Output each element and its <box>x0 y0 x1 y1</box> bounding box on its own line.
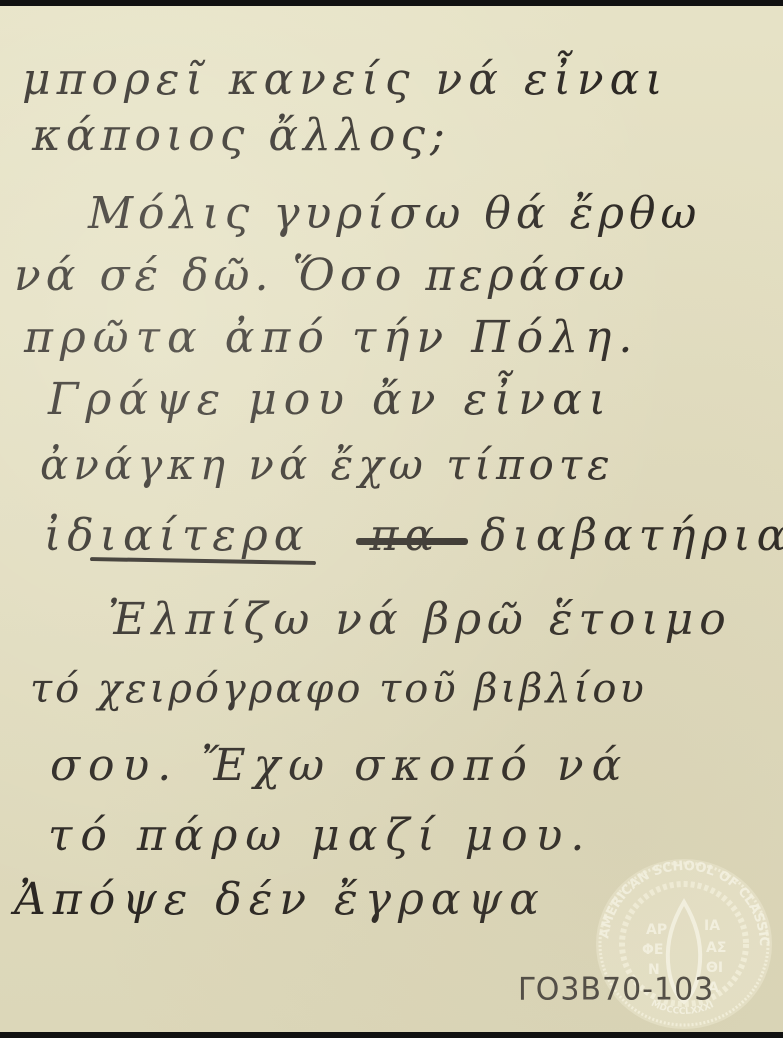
handwritten-line-9: Ἐλπίζω νά βρῶ ἕτοιμο <box>108 594 732 645</box>
strikethrough-stroke <box>356 538 468 545</box>
svg-text:ΙΑ: ΙΑ <box>704 918 720 934</box>
handwritten-line-10: τό χειρόγραφο τοῦ βιβλίου <box>30 666 647 712</box>
handwritten-line-7: ἀνάγκη νά ἔχω τίποτε <box>40 440 615 489</box>
handwritten-line-4: νά σέ δῶ. Ὅσο περάσω <box>14 250 629 301</box>
scan-border-bottom <box>0 1032 783 1038</box>
handwritten-line-1: μπορεῖ κανείς νά εἶναι <box>22 54 669 105</box>
handwritten-line-3: Μόλις γυρίσω θά ἔρθω <box>88 188 701 239</box>
svg-text:ΑΡ: ΑΡ <box>646 922 667 938</box>
trailing-word: διαβατήρια. <box>480 510 783 561</box>
handwritten-line-13: Ἀπόψε δέν ἔγραψα <box>14 874 546 925</box>
handwritten-line-5: πρῶτα ἀπό τήν Πόλη. <box>24 312 639 363</box>
archive-reference-number: ΓΟ3Β70-103 <box>518 971 714 1008</box>
underlined-word: ἰδιαίτερα <box>44 510 310 561</box>
handwritten-line-6: Γράψε μου ἄν εἶναι <box>48 374 613 425</box>
svg-text:ΑΣ: ΑΣ <box>706 940 726 956</box>
svg-text:ΦΕ: ΦΕ <box>642 942 663 958</box>
handwritten-line-8: ἰδιαίτερα πα διαβατήρια. <box>44 510 783 561</box>
handwritten-line-12: τό πάρω μαζί μου. <box>48 810 592 861</box>
handwritten-line-2: κάποιος ἄλλος; <box>32 110 450 161</box>
struck-word: πα <box>370 510 441 561</box>
handwritten-line-11: σου. Ἔχω σκοπό νά <box>50 740 629 791</box>
letter-page: μπορεῖ κανείς νά εἶναι κάποιος ἄλλος; Μό… <box>0 6 783 1032</box>
